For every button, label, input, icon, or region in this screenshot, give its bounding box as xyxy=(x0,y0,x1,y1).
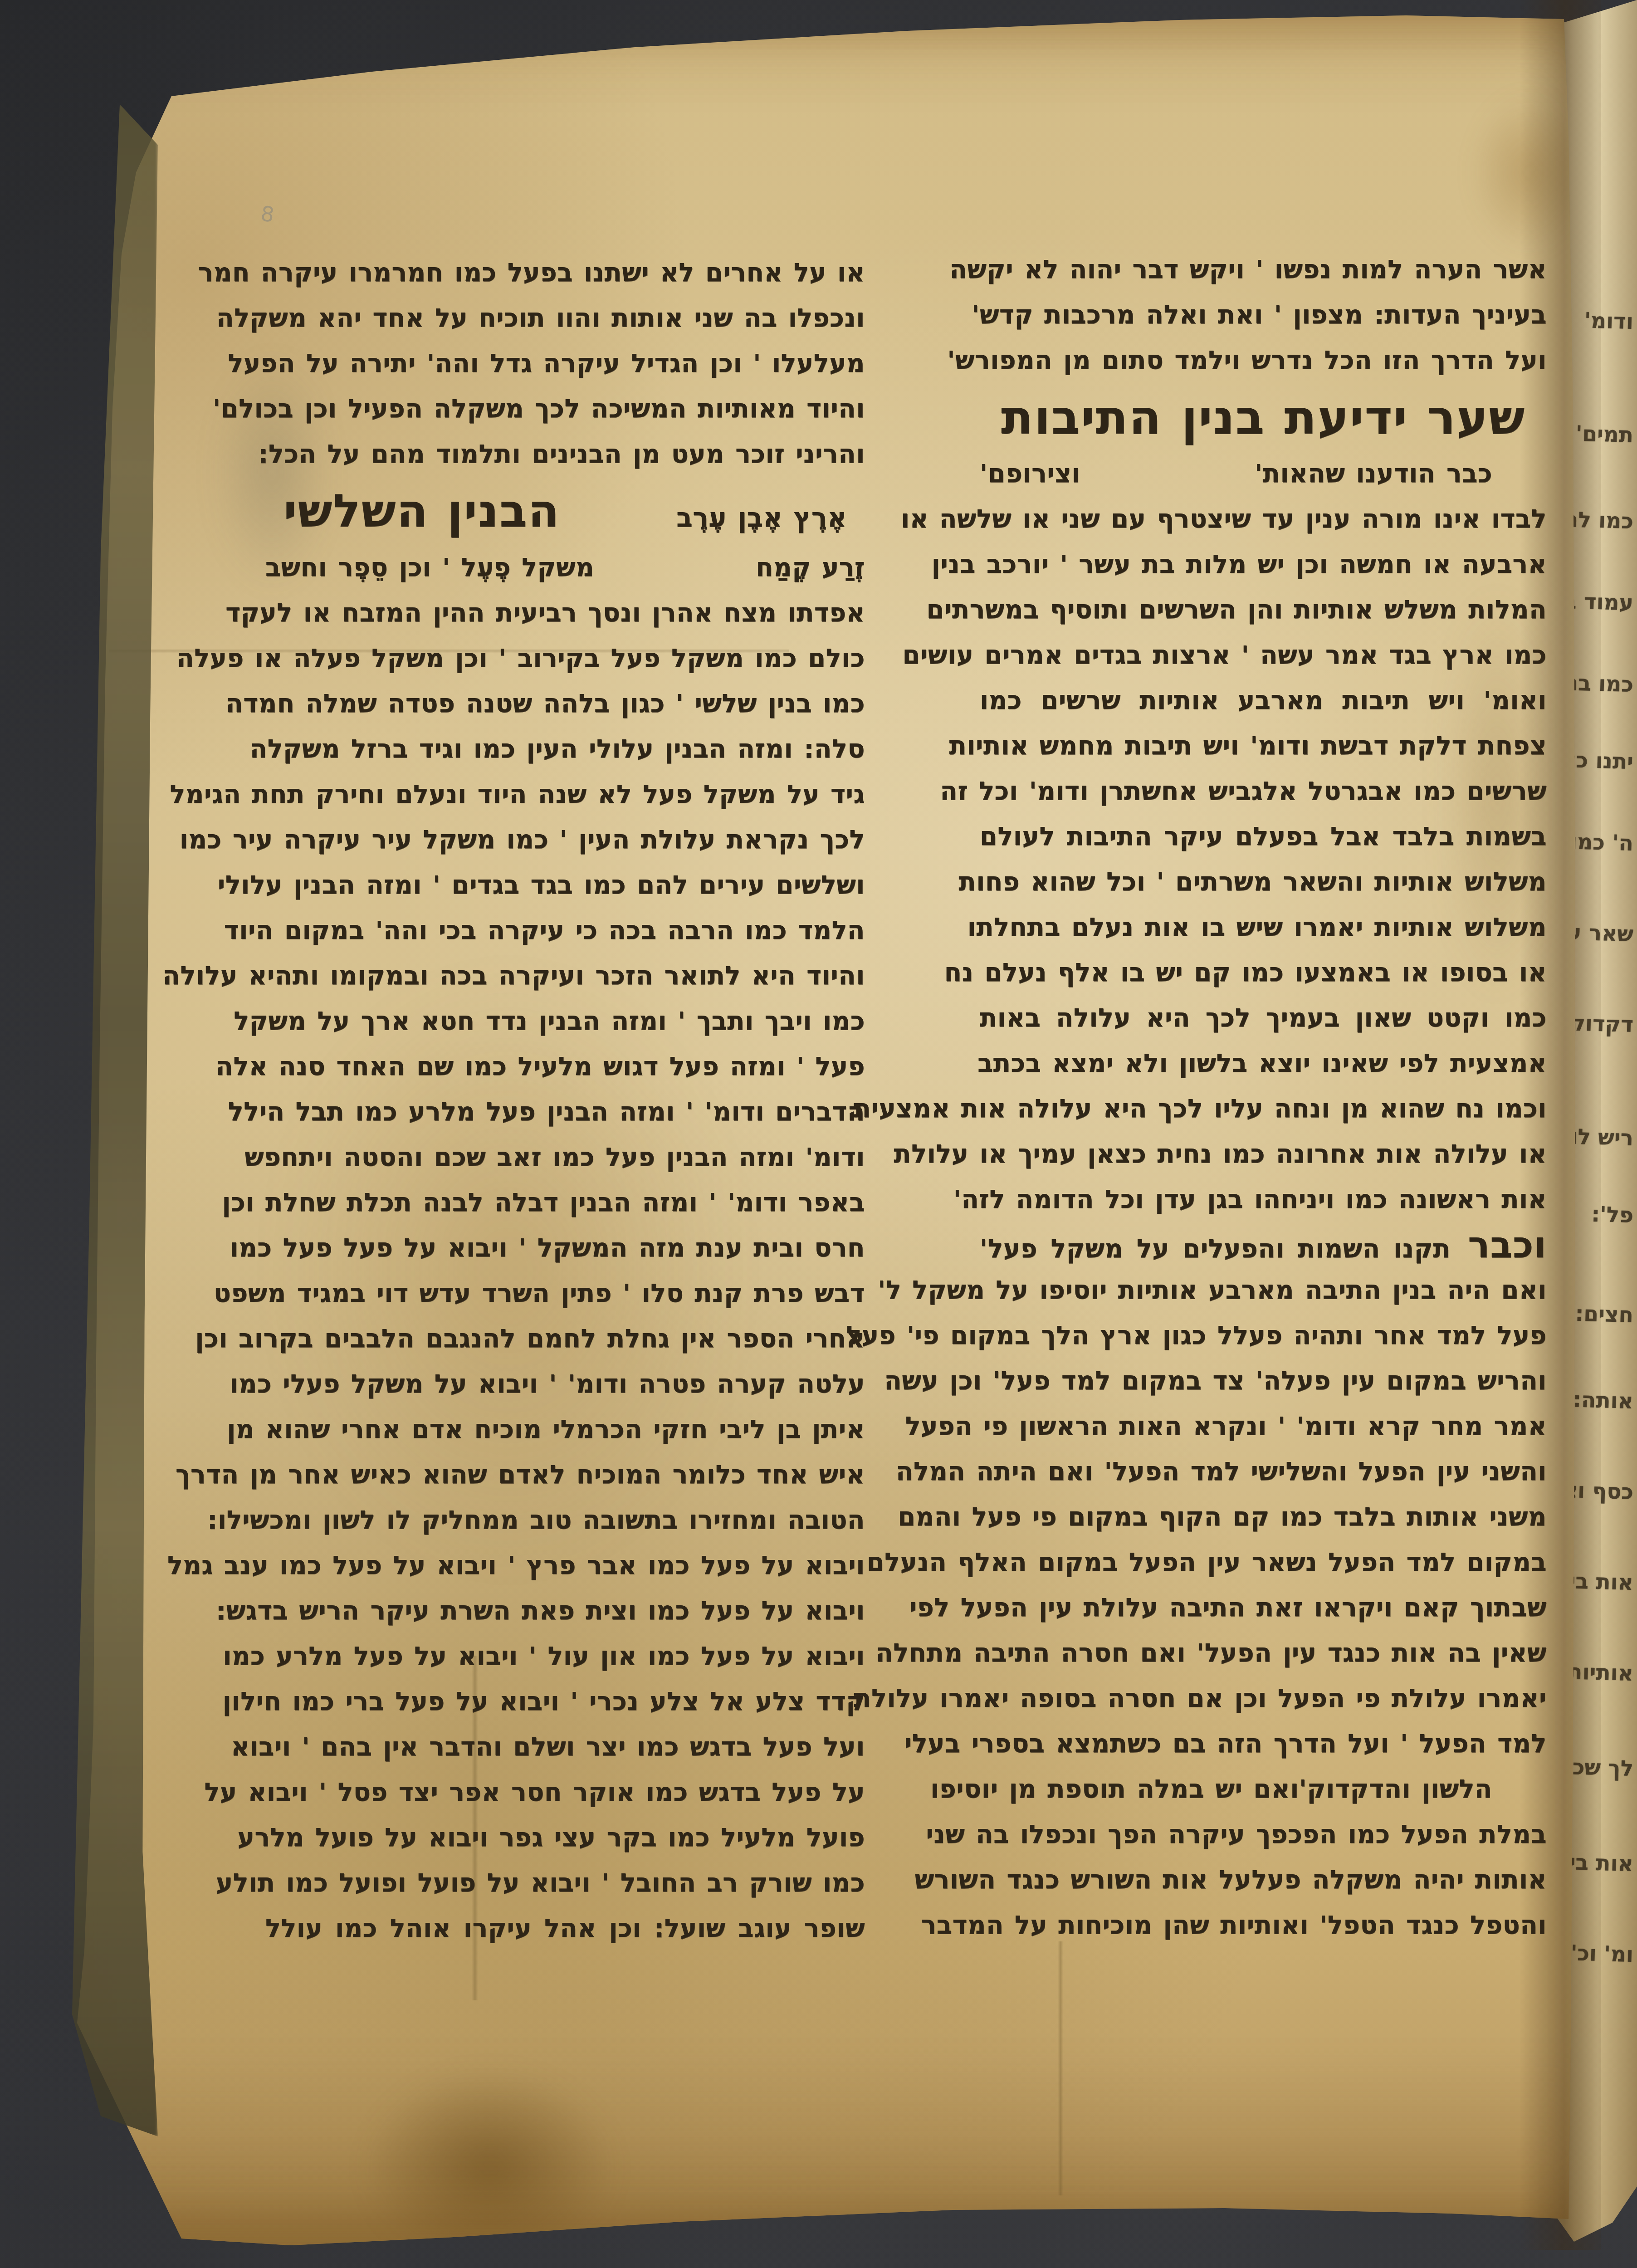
text-line: ונכפלו בה שני אותות והוו תוכיח על אחד יה… xyxy=(265,296,865,341)
stain xyxy=(95,2050,1574,2245)
text-line: והריש במקום עין פעלה' צד במקום למד פעל' … xyxy=(980,1359,1547,1404)
text-line: חרס ובית ענת מזה המשקל ' ויבוא על פעל פע… xyxy=(265,1226,865,1271)
text-line: כמו ויבך ותבך ' ומזה הבנין נדד חטא ארך ע… xyxy=(265,999,865,1044)
text-line: פעל למד אחר ותהיה פעלל כגון ארץ הלך במקו… xyxy=(980,1313,1547,1359)
text-line: יאמרו עלולת פי הפעל וכן אם חסרה בסופה יא… xyxy=(980,1676,1547,1721)
text-line: כמו ארץ בגד אמר עשה ' ארצות בגדים אמרים … xyxy=(980,633,1547,678)
text-line: באפר ודומ' ' ומזה הבנין דבלה לבנה תכלת ש… xyxy=(265,1180,865,1226)
text-line: או בסופו או באמצעו כמו קם יש בו אלף נעלם… xyxy=(980,950,1547,996)
text-segment: הלשון והדקדוק' xyxy=(1299,1767,1492,1812)
text-line: משני אותות בלבד כמו קם הקוף במקום פי פעל… xyxy=(980,1495,1547,1540)
text-line: אפדתו מצח אהרן ונסך רביעית ההין המזבח או… xyxy=(265,591,865,636)
text-line: ושלשים עירים להם כמו בגד בגדים ' ומזה הב… xyxy=(265,863,865,908)
text-line: אמר מחר קרא ודומ' ' ונקרא האות הראשון פי… xyxy=(980,1404,1547,1449)
text-line: במקום למד הפעל נשאר עין הפעל במקום האלף … xyxy=(980,1540,1547,1585)
text-line: ועל הדרך הזו הכל נדרש וילמד סתום מן המפו… xyxy=(980,338,1547,383)
text-line: איתן בן ליבי חזקי הכרמלי מוכיח אדם אחרי … xyxy=(265,1407,865,1452)
gutter-shadow xyxy=(1520,0,1601,2250)
text-line: בשמות בלבד אבל בפעלם עיקר התיבות לעולם xyxy=(980,814,1547,860)
text-line: ואומ' ויש תיבות מארבע אותיות שרשים כמו xyxy=(980,678,1547,723)
text-line: ועל פעל בדגש כמו יצר ושלם והדבר אין בהם … xyxy=(265,1725,865,1770)
text-line: ויבוא על פעל כמו אבר פרץ ' ויבוא על פעל … xyxy=(265,1543,865,1589)
section-heading: שער ידיעת בנין התיבות xyxy=(980,383,1547,451)
text-column-left: או על אחרים לא ישתנו בפעל כמו חמרמרו עיק… xyxy=(265,250,865,1951)
crease xyxy=(1058,1941,1063,2195)
text-line: אֶרֶץ אֶבֶן עֶרֶבהבנין השלשי xyxy=(265,477,865,545)
text-line: הדברים ודומ' ' ומזה הבנין פעל מלרע כמו ת… xyxy=(265,1090,865,1135)
text-line: אשר הערה למות נפשו ' ויקש דבר יהוה לא יק… xyxy=(980,247,1547,293)
text-segment: משקל פֶעֶל ' וכן סֵפֶר וחשב xyxy=(265,545,594,591)
text-segment: וצירופם' xyxy=(980,451,1080,497)
text-line: שופר עוגב שועל: וכן אהל עיקרו אוהל כמו ע… xyxy=(265,1906,865,1951)
text-line: פעל ' ומזה פעל דגוש מלעיל כמו שם האחד סנ… xyxy=(265,1044,865,1090)
text-line: והיוד מאותיות המשיכה לכך משקלה הפעיל וכן… xyxy=(265,386,865,432)
text-line: במלת הפעל כמו הפכפך עיקרה הפך ונכפלו בה … xyxy=(980,1812,1547,1857)
text-line: המלות משלש אותיות והן השרשים ותוסיף במשר… xyxy=(980,587,1547,633)
manuscript-page: 8 אשר הערה למות נפשו ' ויקש דבר יהוה לא … xyxy=(0,0,1637,2268)
text-line: גיד על משקל פעל לא שנה היוד ונעלם וחירק … xyxy=(265,772,865,817)
text-line: פועל מלעיל כמו בקר עצי גפר ויבוא על פועל… xyxy=(265,1815,865,1861)
text-line: ויבוא על פעל כמו וצית פאת השרת עיקר הריש… xyxy=(265,1589,865,1634)
text-line: אות ראשונה כמו ויניחהו בגן עדן וכל הדומה… xyxy=(980,1177,1547,1222)
text-line: ויבוא על פעל כמו און עול ' ויבוא על פעל … xyxy=(265,1634,865,1679)
photograph: { "palette":{ "backdrop":"#35363a","back… xyxy=(0,0,1637,2268)
text-line: שאין בה אות כנגד עין הפעל' ואם חסרה התיב… xyxy=(980,1631,1547,1676)
text-line: כולם כמו משקל פעל בקירוב ' וכן משקל פעלה… xyxy=(265,636,865,681)
text-line: סלה: ומזה הבנין עלולי העין כמו וגיד ברזל… xyxy=(265,727,865,772)
text-line: הטובה ומחזירו בתשובה טוב ממחליק לו לשון … xyxy=(265,1498,865,1543)
text-line: לבדו אינו מורה ענין עד שיצטרף עם שני או … xyxy=(980,497,1547,542)
text-line: וכבר תקנו השמות והפעלים על משקל פעל' xyxy=(980,1222,1547,1268)
text-line: אותות יהיה משקלה פעלעל אות השורש כנגד הש… xyxy=(980,1857,1547,1903)
text-line: או על אחרים לא ישתנו בפעל כמו חמרמרו עיק… xyxy=(265,250,865,296)
text-line: אחרי הספר אין גחלת לחמם להנגבם הלבבים בק… xyxy=(265,1316,865,1362)
text-line: בעיניך העדות: מצפון ' ואת ואלה מרכבות קד… xyxy=(980,293,1547,338)
text-line: זֶרַע קֶמַחמשקל פֶעֶל ' וכן סֵפֶר וחשב xyxy=(265,545,865,591)
text-line: משלוש אותיות יאמרו שיש בו אות נעלם בתחלת… xyxy=(980,905,1547,950)
text-line: והשני עין הפעל והשלישי למד הפעל' ואם הית… xyxy=(980,1449,1547,1495)
text-line: הלשון והדקדוק'ואם יש במלה תוספת מן יוסיפ… xyxy=(980,1767,1547,1812)
text-line: עלטה קערה פטרה ודומ' ' ויבוא על משקל פעל… xyxy=(265,1362,865,1407)
text-segment: כבר הודענו שהאות' xyxy=(1255,451,1492,497)
text-line: אמצעית לפי שאינו יוצא בלשון ולא ימצא בכת… xyxy=(980,1041,1547,1086)
text-line: הלמד כמו הרבה בכה כי עיקרה בכי והה' במקו… xyxy=(265,908,865,953)
stain xyxy=(363,2068,617,2268)
text-column-right: אשר הערה למות נפשו ' ויקש דבר יהוה לא יק… xyxy=(980,247,1547,1948)
text-line: דבש פרת קנת סלו ' פתין השרד עדש דוי במגי… xyxy=(265,1271,865,1316)
text-line: מעלעלו ' וכן הגדיל עיקרה גדל והה' יתירה … xyxy=(265,341,865,386)
text-line: כבר הודענו שהאות'וצירופם' xyxy=(980,451,1547,497)
text-line: למד הפעל ' ועל הדרך הזה בם כשתמצא בספרי … xyxy=(980,1721,1547,1767)
text-line: והיוד היא לתואר הזכר ועיקרה בכה ובמקומו … xyxy=(265,953,865,999)
text-line: ודומ' ומזה הבנין פעל כמו זאב שכם והסטה ו… xyxy=(265,1135,865,1180)
text-line: או עלולה אות אחרונה כמו נחית כצאן עמיך א… xyxy=(980,1132,1547,1177)
text-line: על פעל בדגש כמו אוקר חסר אפר יצד פסל ' ו… xyxy=(265,1770,865,1815)
text-line: צפחת דלקת דבשת ודומ' ויש תיבות מחמש אותי… xyxy=(980,723,1547,769)
text-line: משלוש אותיות והשאר משרתים ' וכל שהוא פחו… xyxy=(980,860,1547,905)
text-line: כמו וקטט שאון בעמיך לכך היא עלולה באות xyxy=(980,996,1547,1041)
text-segment: אֶרֶץ אֶבֶן עֶרֶב xyxy=(676,484,847,552)
section-heading: הבנין השלשי xyxy=(283,477,560,545)
text-line: ארבעה או חמשה וכן יש מלות בת עשר ' יורכב… xyxy=(980,542,1547,587)
text-line: קדד צלע אל צלע נכרי ' ויבוא על פעל ברי כ… xyxy=(265,1679,865,1725)
text-segment: זֶרַע קֶמַח xyxy=(756,545,865,591)
pencil-mark: 8 xyxy=(259,201,276,227)
text-line: שרשים כמו אבגרטל אלגביש אחשתרן ודומ' וכל… xyxy=(980,769,1547,814)
text-segment: ואם יש במלה תוספת מן יוסיפו xyxy=(930,1767,1299,1812)
text-line: כמו בנין שלשי ' כגון בלהה שטנה פטדה שמלה… xyxy=(265,681,865,727)
text-line: כמו שורק רב החובל ' ויבוא על פועל ופועל … xyxy=(265,1861,865,1906)
text-line: שבתוך קאם ויקראו זאת התיבה עלולת עין הפע… xyxy=(980,1585,1547,1631)
text-line: ואם היה בנין התיבה מארבע אותיות יוסיפו ע… xyxy=(980,1268,1547,1313)
text-line: לכך נקראת עלולת העין ' כמו משקל עיר עיקר… xyxy=(265,817,865,863)
text-line: והריני זוכר מעט מן הבנינים ותלמוד מהם על… xyxy=(265,432,865,477)
text-line: וכמו נח שהוא מן ונחה עליו לכך היא עלולה … xyxy=(980,1086,1547,1132)
text-line: איש אחד כלומר המוכיח לאדם שהוא כאיש אחר … xyxy=(265,1452,865,1498)
text-line: והטפל כנגד הטפל' ואותיות שהן מוכיחות על … xyxy=(980,1903,1547,1948)
